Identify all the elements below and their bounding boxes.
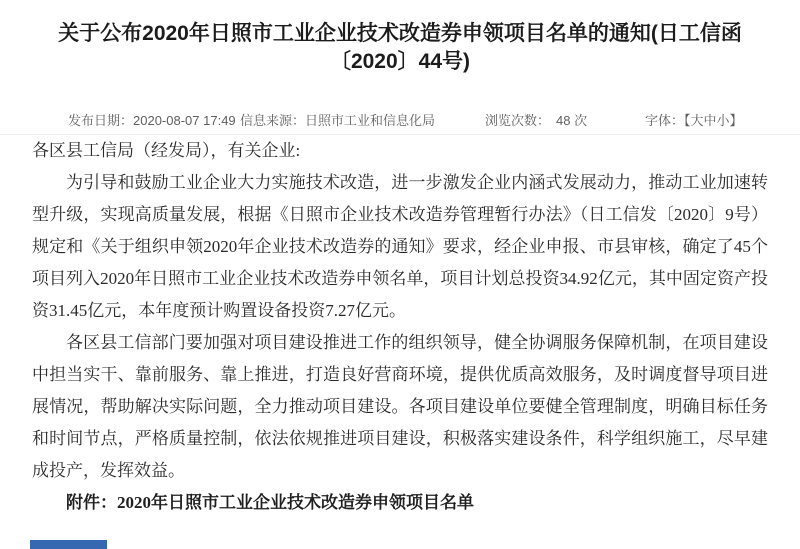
font-size-label: 字体： [645, 113, 684, 128]
info-source: 信息来源：日照市工业和信息化局 [240, 110, 435, 129]
page-title: 关于公布2020年日照市工业企业技术改造券申领项目名单的通知(日工信函〔2020… [0, 0, 800, 76]
meta-bar: 发布日期：2020-08-07 17:49 信息来源：日照市工业和信息化局 浏览… [0, 106, 800, 135]
publish-date-label: 发布日期： [68, 113, 133, 128]
info-source-label: 信息来源： [240, 113, 305, 128]
info-source-value: 日照市工业和信息化局 [305, 113, 435, 128]
notice-page: 关于公布2020年日照市工业企业技术改造券申领项目名单的通知(日工信函〔2020… [0, 0, 800, 549]
notice-body: 各区县工信局（经发局），有关企业: 为引导和鼓励工业企业大力实施技术改造，进一步… [0, 135, 800, 519]
view-count: 浏览次数：48 次 [485, 110, 587, 129]
body-paragraph-2: 各区县工信部门要加强对项目建设推进工作的组织领导，健全协调服务保障机制，在项目建… [32, 327, 768, 487]
font-size-switcher[interactable]: 【大中小】 [684, 113, 743, 128]
view-count-label: 浏览次数： [485, 113, 550, 128]
attachment-link[interactable]: 附件：2020年日照市工业企业技术改造券申领项目名单 [32, 487, 768, 519]
font-size-control: 字体：【大中小】 [645, 110, 743, 129]
bottom-blue-bar [30, 540, 107, 549]
body-paragraph-1: 为引导和鼓励工业企业大力实施技术改造，进一步激发企业内涵式发展动力，推动工业加速… [32, 167, 768, 327]
publish-date-value: 2020-08-07 17:49 [133, 113, 236, 128]
salutation-line: 各区县工信局（经发局），有关企业: [32, 135, 768, 167]
publish-date: 发布日期：2020-08-07 17:49 [68, 110, 236, 129]
view-count-value: 48 次 [556, 113, 587, 128]
